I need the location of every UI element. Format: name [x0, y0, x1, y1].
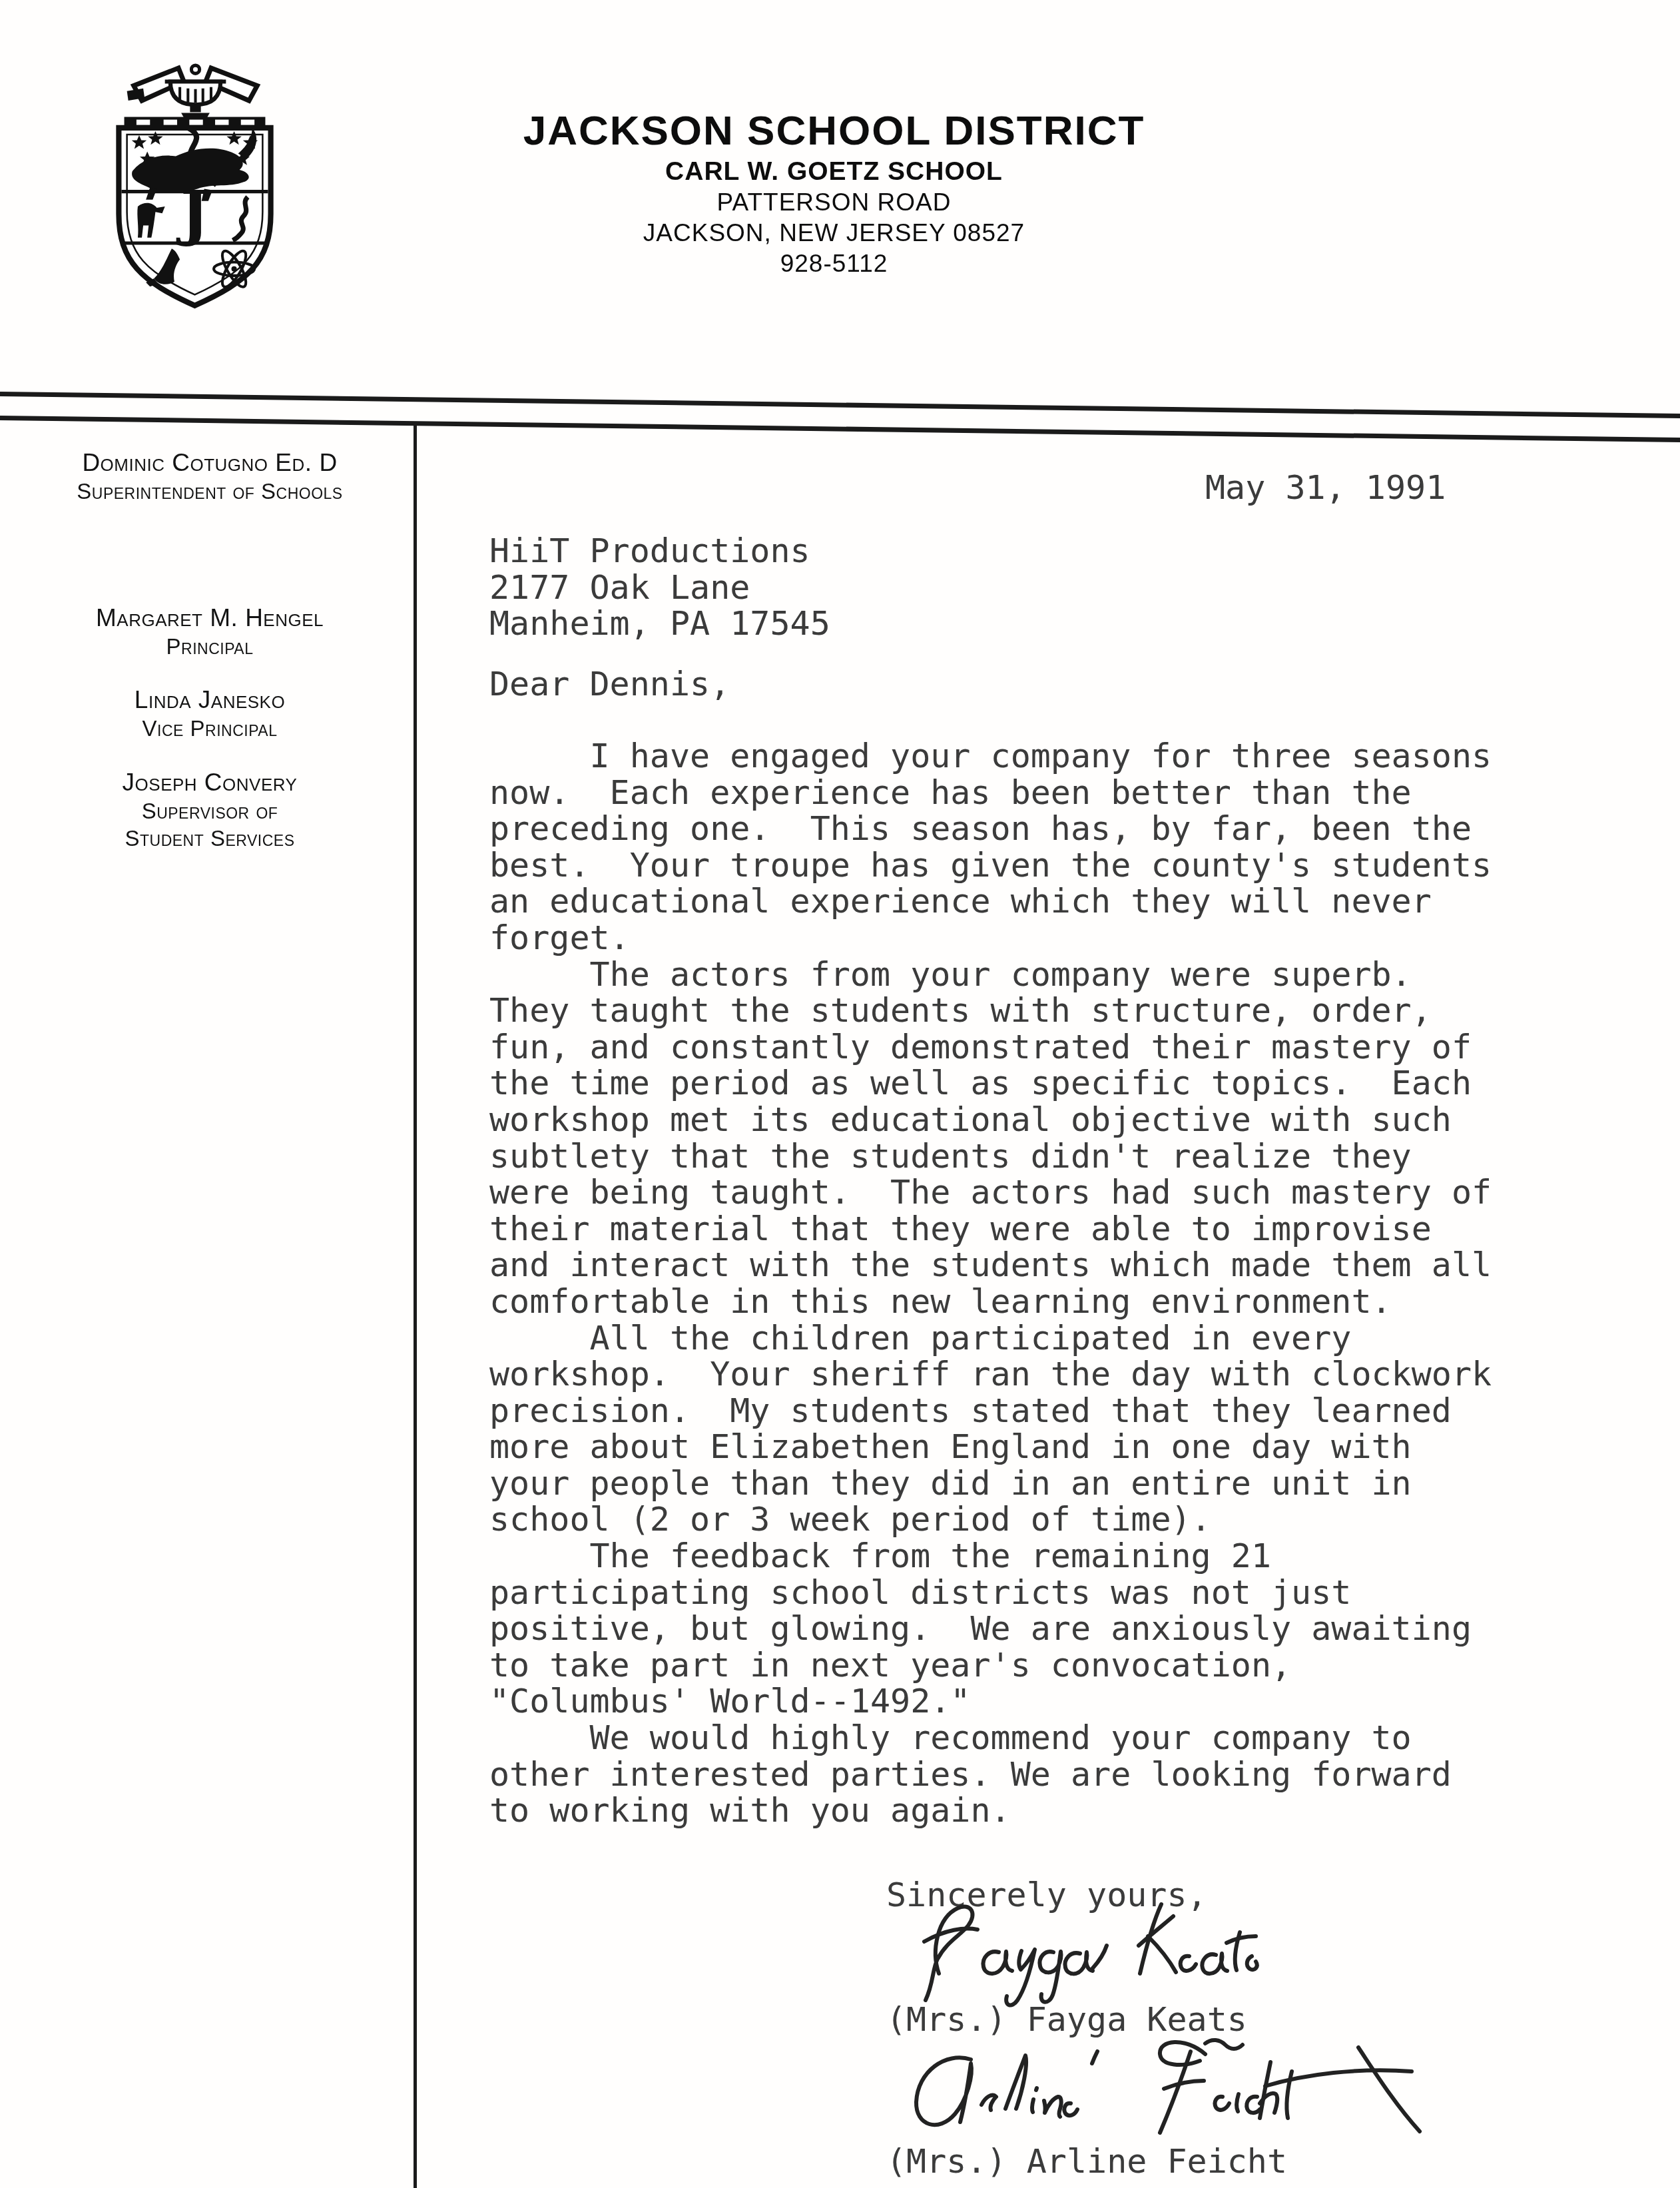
staff-title: Superintendent of Schools [37, 478, 383, 505]
letterhead: JACKSON SCHOOL DISTRICT CARL W. GOETZ SC… [466, 110, 1202, 278]
staff-entry-superintendent: Dominic Cotugno Ed. D Superintendent of … [37, 448, 383, 505]
bottom-divider-rule [0, 416, 1680, 443]
staff-entry-vice-principal: Linda Janesko Vice Principal [37, 685, 383, 742]
staff-title: Vice Principal [37, 715, 383, 742]
letter-body: I have engaged your company for three se… [489, 738, 1492, 1829]
street-address: PATTERSON ROAD [466, 188, 1202, 216]
staff-name: Dominic Cotugno Ed. D [37, 448, 383, 478]
staff-title: Principal [37, 633, 383, 660]
letter-date: May 31, 1991 [1205, 470, 1446, 506]
school-name: CARL W. GOETZ SCHOOL [466, 158, 1202, 186]
staff-name: Joseph Convery [37, 767, 383, 797]
fayga-keats-signature-icon [899, 1895, 1272, 2011]
salutation: Dear Dennis, [489, 666, 730, 703]
svg-text:J: J [176, 179, 208, 248]
staff-name: Linda Janesko [37, 685, 383, 715]
staff-entry-principal: Margaret M. Hengel Principal [37, 603, 383, 660]
city-state-zip: JACKSON, NEW JERSEY 08527 [466, 219, 1202, 247]
vertical-divider-rule [414, 422, 417, 2188]
typed-name-arline-feicht: (Mrs.) Arline Feicht [886, 2143, 1287, 2180]
staff-title: Supervisor of [37, 797, 383, 825]
scanned-letter-page: J JACKSON SCHOOL DISTRICT CARL W. GOETZ … [0, 0, 1680, 2188]
arline-feicht-signature-icon [892, 2025, 1458, 2148]
recipient-address: HiiT Productions 2177 Oak Lane Manheim, … [489, 533, 830, 642]
school-district-crest-icon: J [113, 61, 276, 316]
staff-entry-supervisor: Joseph Convery Supervisor of Student Ser… [37, 767, 383, 852]
staff-name: Margaret M. Hengel [37, 603, 383, 633]
district-name: JACKSON SCHOOL DISTRICT [466, 110, 1202, 153]
staff-title: Student Services [37, 825, 383, 852]
top-divider-rule [0, 392, 1680, 419]
phone-number: 928-5112 [466, 250, 1202, 278]
